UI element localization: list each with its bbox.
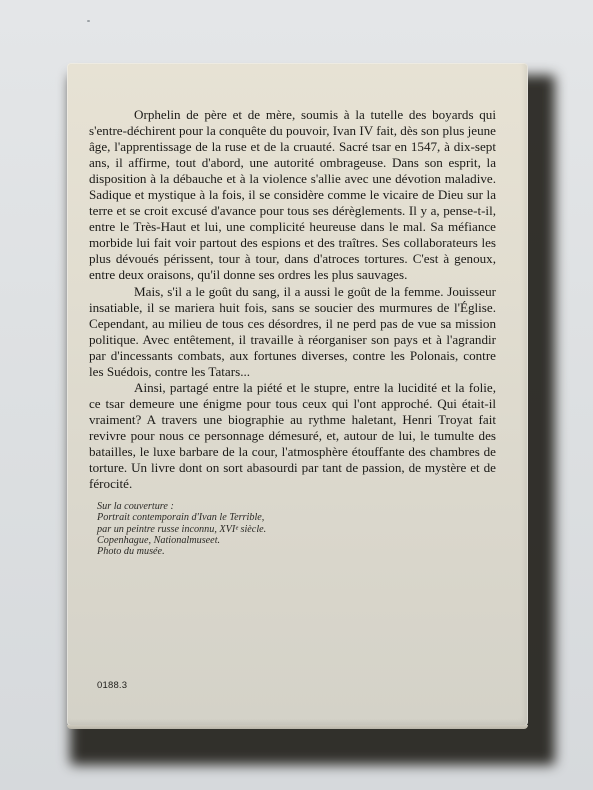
book-bottom-edge [67, 725, 528, 729]
cover-credit-line: Copenhague, Nationalmuseet. [97, 535, 417, 546]
blurb-paragraph-3: Ainsi, partagé entre la piété et le stup… [89, 380, 496, 492]
blurb-text: Orphelin de père et de mère, soumis à la… [89, 107, 496, 492]
blurb-paragraph-1: Orphelin de père et de mère, soumis à la… [89, 107, 496, 284]
cover-credit-line: Portrait contemporain d'Ivan le Terrible… [97, 512, 417, 523]
cover-credit-line: Photo du musée. [97, 546, 417, 557]
cover-credit-heading: Sur la couverture : [97, 501, 417, 512]
catalog-code: 0188.3 [97, 680, 127, 691]
cover-credit: Sur la couverture : Portrait contemporai… [97, 501, 417, 557]
cover-credit-line: par un peintre russe inconnu, XVIᵉ siècl… [97, 524, 417, 535]
background-speck [87, 20, 90, 22]
blurb-paragraph-2: Mais, s'il a le goût du sang, il a aussi… [89, 284, 496, 380]
